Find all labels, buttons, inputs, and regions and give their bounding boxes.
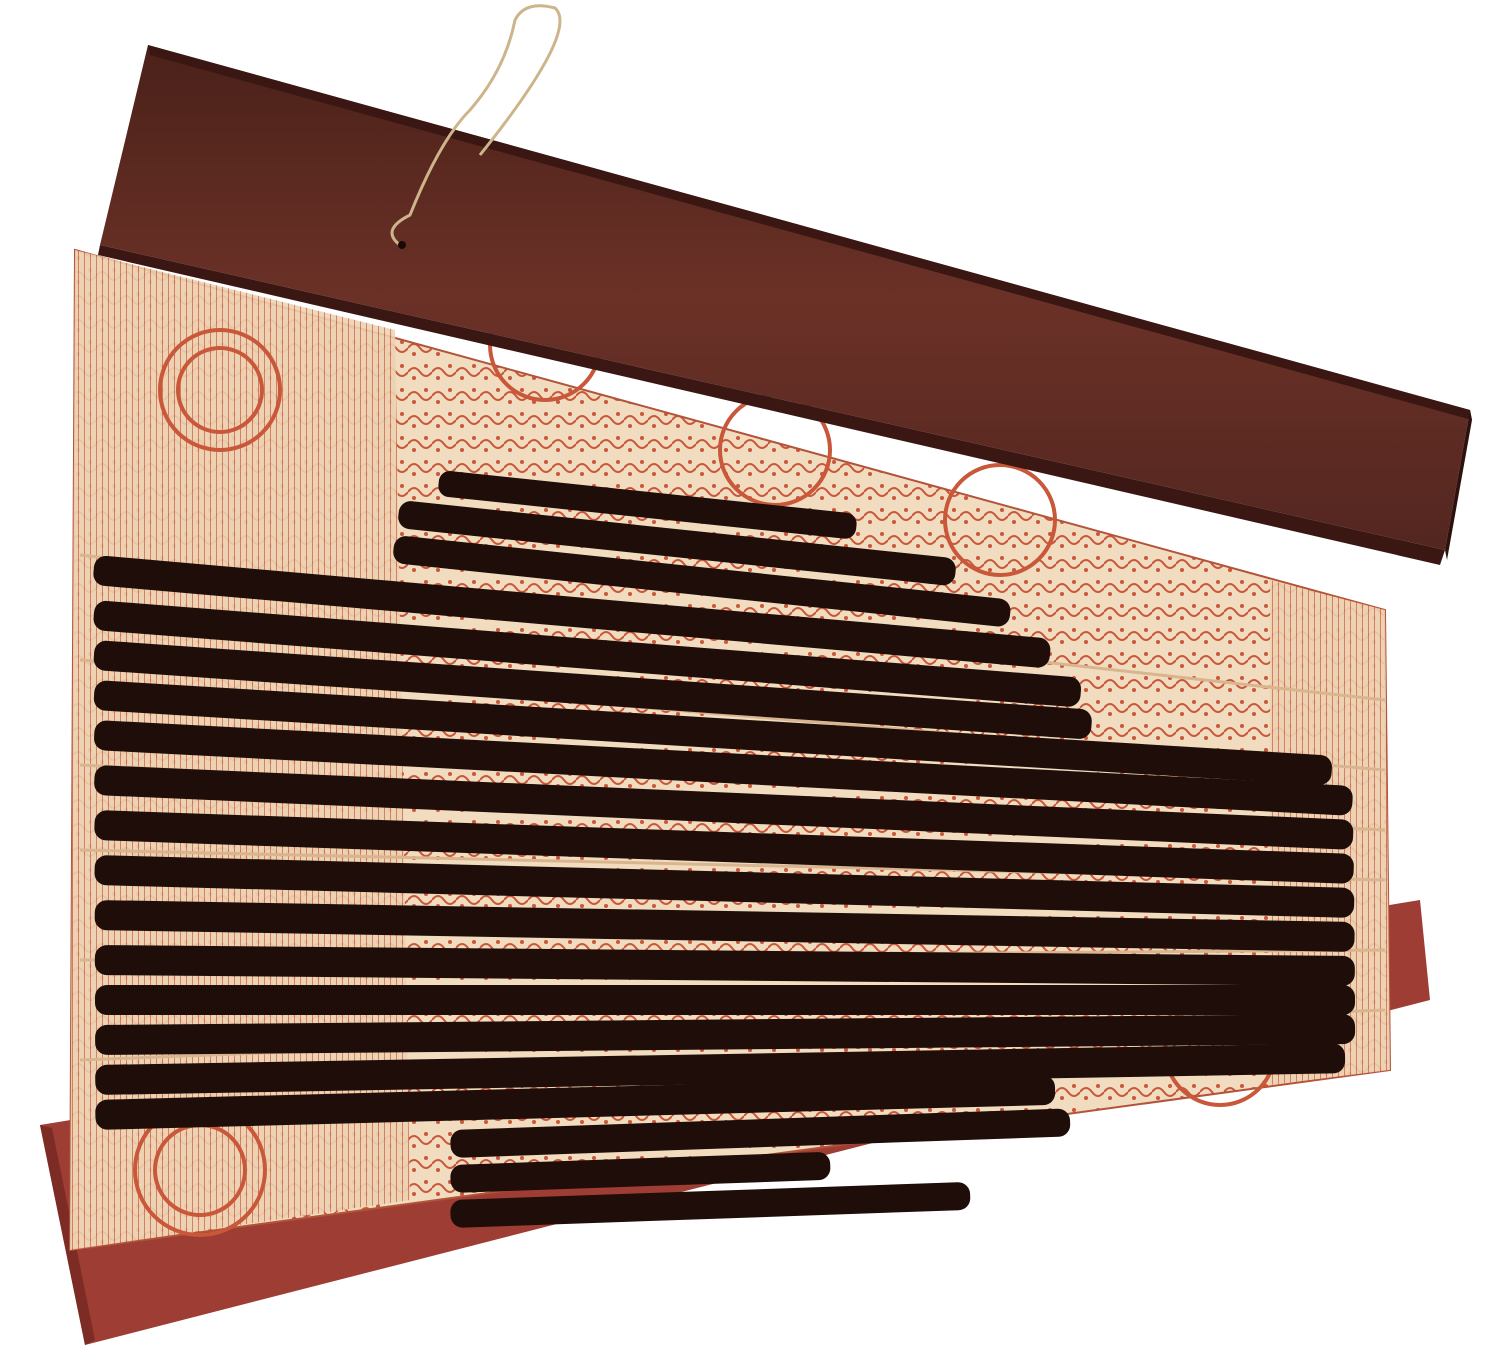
manuscript-photo: Burmese kammavaca manuscript: [0, 0, 1500, 1370]
manuscript-illustration: [0, 0, 1500, 1370]
